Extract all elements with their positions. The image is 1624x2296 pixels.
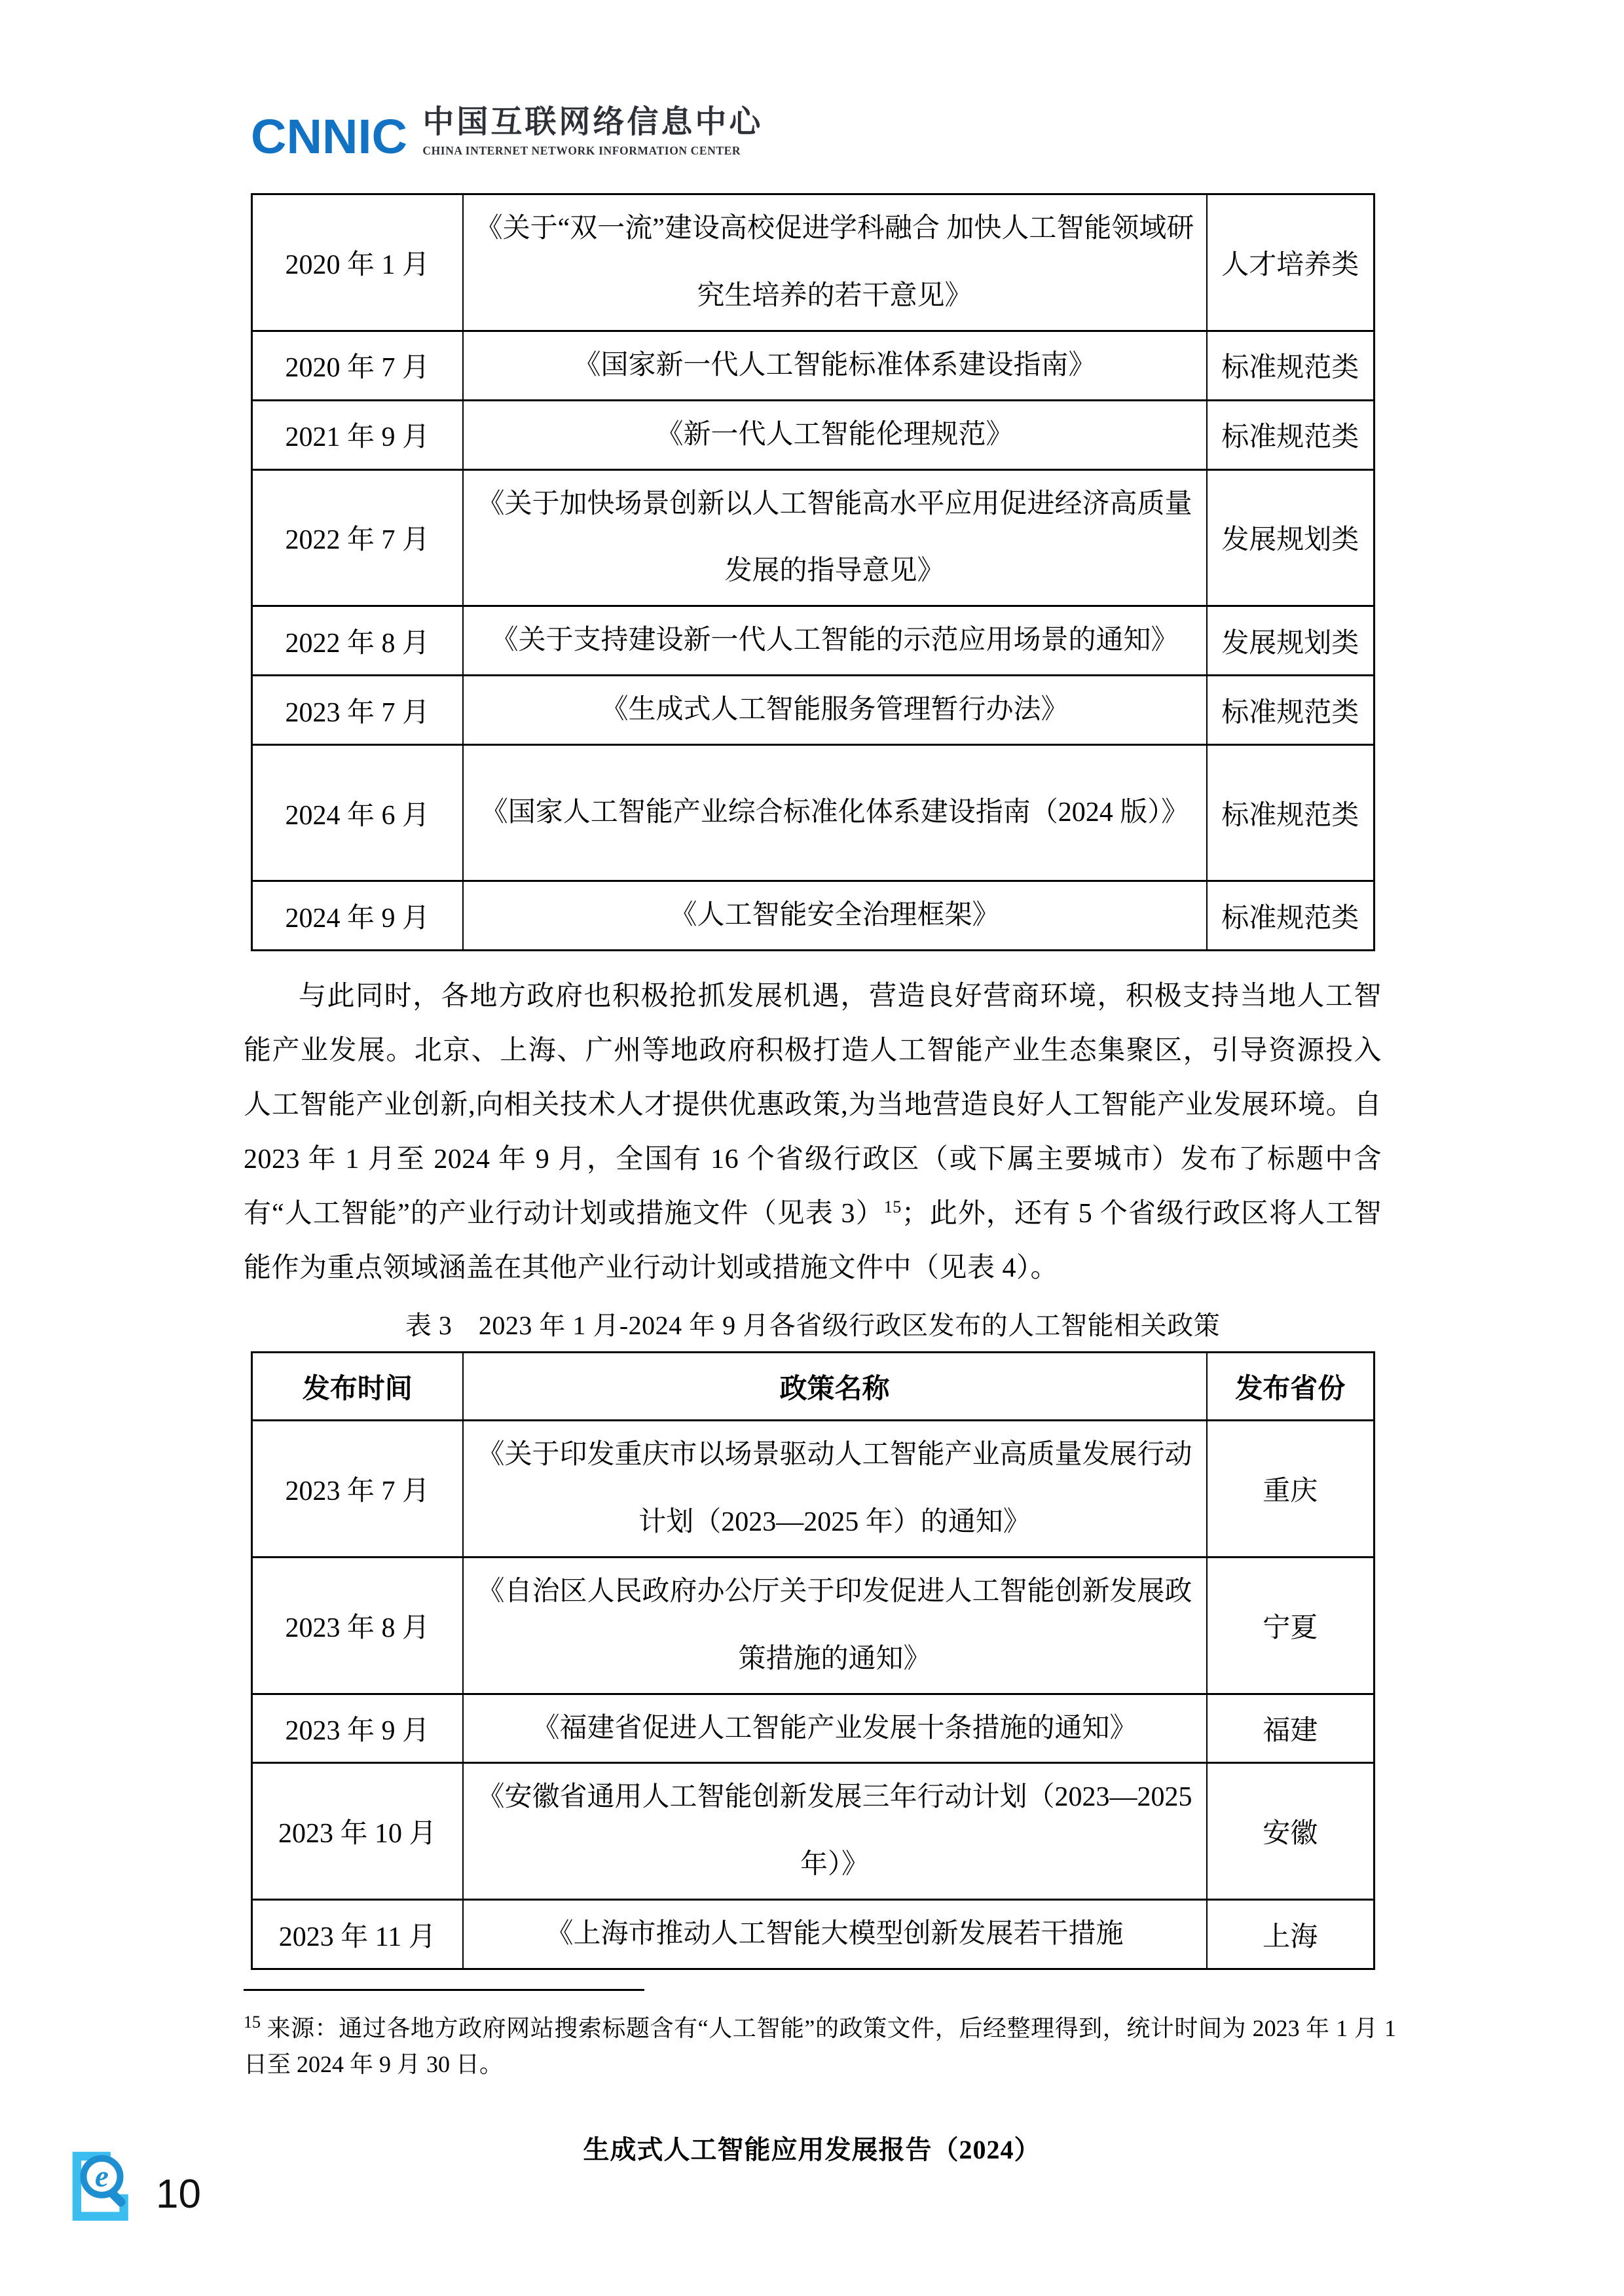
policy-date: 2023 年 8 月 [252, 1557, 463, 1694]
footnote-number: 15 [244, 2013, 261, 2032]
policy-title: 《安徽省通用人工智能创新发展三年行动计划（2023—2025 年）》 [463, 1763, 1207, 1900]
policy-category: 人才培养类 [1207, 194, 1375, 331]
body-paragraph: 与此同时，各地方政府也积极抢抓发展机遇，营造良好营商环境，积极支持当地人工智能产… [244, 970, 1382, 1296]
policy-category: 标准规范类 [1207, 400, 1375, 469]
column-header-province: 发布省份 [1207, 1353, 1375, 1421]
cnnic-wordmark: CNNIC [251, 113, 407, 161]
table-row: 2022 年 7 月 《关于加快场景创新以人工智能高水平应用促进经济高质量发展的… [252, 469, 1375, 606]
cnnic-org-names: 中国互联网络信息中心 CHINA INTERNET NETWORK INFORM… [422, 103, 763, 158]
policy-category: 标准规范类 [1207, 331, 1375, 400]
table-row: 2023 年 7 月 《关于印发重庆市以场景驱动人工智能产业高质量发展行动计划（… [252, 1421, 1375, 1558]
policy-title: 《关于加快场景创新以人工智能高水平应用促进经济高质量发展的指导意见》 [463, 469, 1207, 606]
policy-title: 《上海市推动人工智能大模型创新发展若干措施 [463, 1900, 1207, 1969]
table-row: 2023 年 7 月 《生成式人工智能服务管理暂行办法》 标准规范类 [252, 676, 1375, 745]
document-page: CNNIC 中国互联网络信息中心 CHINA INTERNET NETWORK … [0, 0, 1624, 2296]
paragraph-text: 与此同时，各地方政府也积极抢抓发展机遇，营造良好营商环境，积极支持当地人工智能产… [244, 981, 1382, 1229]
svg-text:e: e [95, 2159, 109, 2193]
column-header-date: 发布时间 [252, 1353, 463, 1421]
policy-date: 2023 年 7 月 [252, 676, 463, 745]
column-header-title: 政策名称 [463, 1353, 1207, 1421]
policy-title: 《福建省促进人工智能产业发展十条措施的通知》 [463, 1694, 1207, 1763]
policy-date: 2021 年 9 月 [252, 400, 463, 469]
policy-category: 标准规范类 [1207, 745, 1375, 881]
table-row: 2023 年 9 月 《福建省促进人工智能产业发展十条措施的通知》 福建 [252, 1694, 1375, 1763]
footnote-reference: 15 [884, 1197, 902, 1216]
report-logo-icon: e [62, 2147, 136, 2221]
policy-province: 安徽 [1207, 1763, 1375, 1900]
policy-title: 《关于支持建设新一代人工智能的示范应用场景的通知》 [463, 606, 1207, 676]
policy-title: 《关于“双一流”建设高校促进学科融合 加快人工智能领域研究生培养的若干意见》 [463, 194, 1207, 331]
policy-province: 上海 [1207, 1900, 1375, 1969]
policy-category: 标准规范类 [1207, 676, 1375, 745]
policy-date: 2024 年 6 月 [252, 745, 463, 881]
table-row: 2021 年 9 月 《新一代人工智能伦理规范》 标准规范类 [252, 400, 1375, 469]
org-name-chinese: 中国互联网络信息中心 [422, 103, 763, 141]
policy-date: 2022 年 8 月 [252, 606, 463, 676]
table-row: 2024 年 9 月 《人工智能安全治理框架》 标准规范类 [252, 881, 1375, 951]
policy-date: 2023 年 11 月 [252, 1900, 463, 1969]
footnote-separator [244, 1989, 644, 1991]
policy-title: 《国家人工智能产业综合标准化体系建设指南（2024 版）》 [463, 745, 1207, 881]
table-row: 2022 年 8 月 《关于支持建设新一代人工智能的示范应用场景的通知》 发展规… [252, 606, 1375, 676]
policy-title: 《国家新一代人工智能标准体系建设指南》 [463, 331, 1207, 400]
page-number: 10 [156, 2171, 201, 2217]
policy-province: 福建 [1207, 1694, 1375, 1763]
policy-title: 《关于印发重庆市以场景驱动人工智能产业高质量发展行动计划（2023—2025 年… [463, 1421, 1207, 1558]
policy-title: 《人工智能安全治理框架》 [463, 881, 1207, 951]
footnote-text: 来源：通过各地方政府网站搜索标题含有“人工智能”的政策文件，后经整理得到，统计时… [244, 2015, 1396, 2077]
table-row: 2020 年 1 月 《关于“双一流”建设高校促进学科融合 加快人工智能领域研究… [252, 194, 1375, 331]
page-content: 2020 年 1 月 《关于“双一流”建设高校促进学科融合 加快人工智能领域研究… [244, 193, 1382, 1970]
table-row: 2023 年 10 月 《安徽省通用人工智能创新发展三年行动计划（2023—20… [252, 1763, 1375, 1900]
org-name-english: CHINA INTERNET NETWORK INFORMATION CENTE… [422, 144, 763, 158]
policy-date: 2020 年 1 月 [252, 194, 463, 331]
table-header-row: 发布时间 政策名称 发布省份 [252, 1353, 1375, 1421]
policy-province: 宁夏 [1207, 1557, 1375, 1694]
policy-title: 《生成式人工智能服务管理暂行办法》 [463, 676, 1207, 745]
provincial-policy-table: 发布时间 政策名称 发布省份 2023 年 7 月 《关于印发重庆市以场景驱动人… [251, 1351, 1375, 1970]
policy-date: 2023 年 7 月 [252, 1421, 463, 1558]
table-row: 2023 年 11 月 《上海市推动人工智能大模型创新发展若干措施 上海 [252, 1900, 1375, 1969]
table-row: 2024 年 6 月 《国家人工智能产业综合标准化体系建设指南（2024 版）》… [252, 745, 1375, 881]
report-title-footer: 生成式人工智能应用发展报告（2024） [0, 2129, 1624, 2166]
footnote-text-block: 15 来源：通过各地方政府网站搜索标题含有“人工智能”的政策文件，后经整理得到，… [244, 2011, 1396, 2083]
policy-date: 2023 年 9 月 [252, 1694, 463, 1763]
policy-date: 2022 年 7 月 [252, 469, 463, 606]
policy-category: 发展规划类 [1207, 469, 1375, 606]
cnnic-logo: CNNIC 中国互联网络信息中心 CHINA INTERNET NETWORK … [251, 103, 763, 161]
table-row: 2020 年 7 月 《国家新一代人工智能标准体系建设指南》 标准规范类 [252, 331, 1375, 400]
policy-title: 《新一代人工智能伦理规范》 [463, 400, 1207, 469]
policy-province: 重庆 [1207, 1421, 1375, 1558]
national-policy-table: 2020 年 1 月 《关于“双一流”建设高校促进学科融合 加快人工智能领域研究… [251, 193, 1375, 951]
table3-caption: 表 3 2023 年 1 月-2024 年 9 月各省级行政区发布的人工智能相关… [244, 1305, 1382, 1342]
policy-date: 2020 年 7 月 [252, 331, 463, 400]
policy-date: 2024 年 9 月 [252, 881, 463, 951]
policy-date: 2023 年 10 月 [252, 1763, 463, 1900]
policy-title: 《自治区人民政府办公厅关于印发促进人工智能创新发展政策措施的通知》 [463, 1557, 1207, 1694]
footnote: 15 来源：通过各地方政府网站搜索标题含有“人工智能”的政策文件，后经整理得到，… [244, 1989, 1396, 2083]
policy-category: 标准规范类 [1207, 881, 1375, 951]
policy-category: 发展规划类 [1207, 606, 1375, 676]
table-row: 2023 年 8 月 《自治区人民政府办公厅关于印发促进人工智能创新发展政策措施… [252, 1557, 1375, 1694]
